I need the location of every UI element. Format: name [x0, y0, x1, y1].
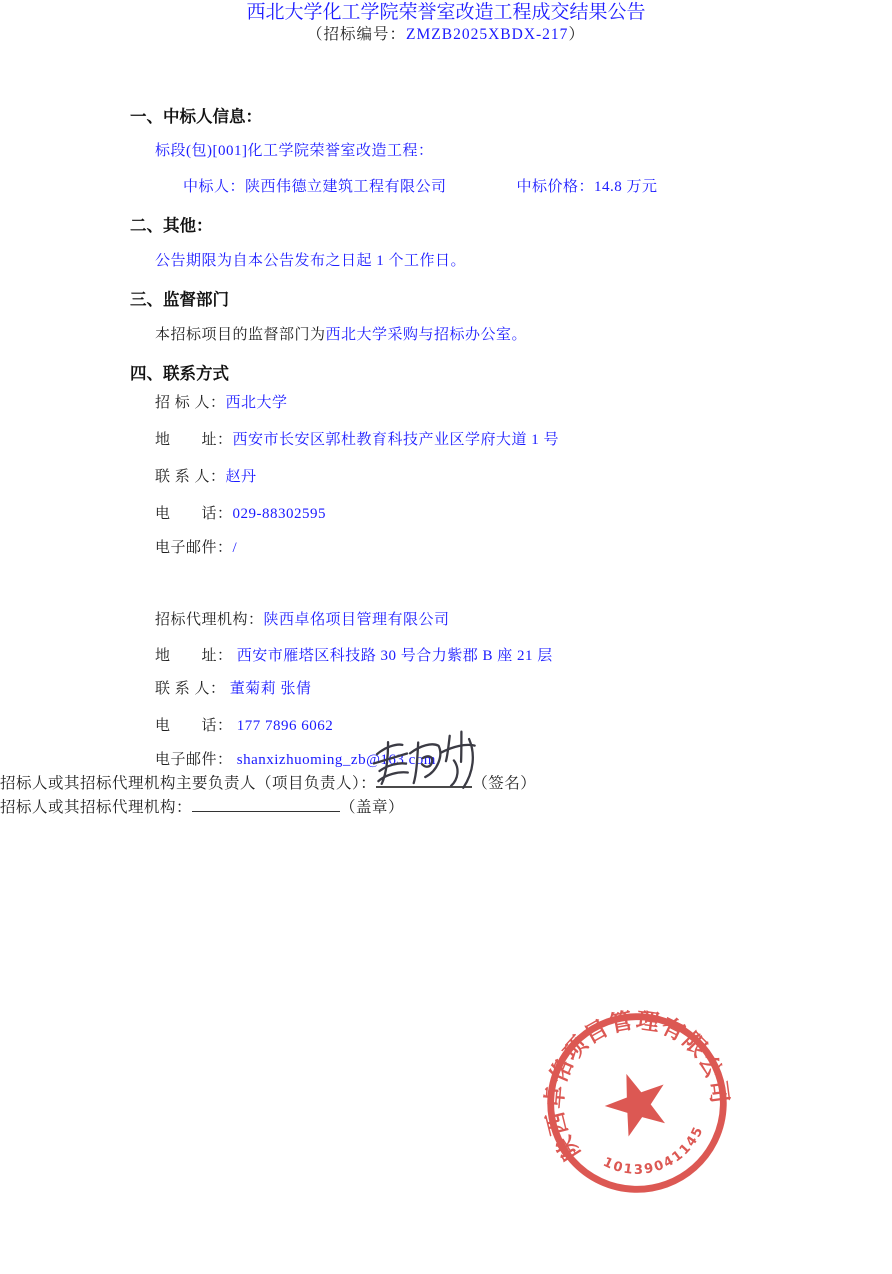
tenderer-email: /: [233, 540, 238, 556]
price-value: 14.8 万元: [594, 179, 658, 195]
tenderer-email-label: 电子邮件：: [155, 540, 233, 556]
tenderer-contact-row: 联 系 人：赵丹: [155, 468, 892, 487]
winner-label: 中标人：: [183, 179, 245, 195]
section-3-heading: 三、监督部门: [130, 289, 892, 310]
tender-number-line: （招标编号：ZMZB2025XBDX-217）: [0, 25, 892, 45]
org-seal-line: 招标人或其招标代理机构：（盖章）: [0, 795, 892, 819]
tenderer-name-row: 招 标 人：西北大学: [155, 394, 892, 413]
agency-phone: 177 7896 6062: [237, 718, 334, 734]
supervision-prefix: 本招标项目的监督部门为: [155, 327, 326, 343]
seal-icon: 陕西卓佲项目管理有限公司 6101390411450: [540, 1006, 734, 1200]
tenderer-name: 西北大学: [226, 395, 288, 411]
supervision-line: 本招标项目的监督部门为西北大学采购与招标办公室。: [155, 326, 892, 345]
winner-line: 中标人：陕西伟德立建筑工程有限公司中标价格：14.8 万元: [183, 178, 892, 197]
tenderer-contact: 赵丹: [226, 469, 257, 485]
section-1-heading: 一、中标人信息：: [130, 106, 892, 127]
agency-address-row: 地 址： 西安市雁塔区科技路 30 号合力紫郡 B 座 21 层: [155, 647, 892, 666]
agency-name-row: 招标代理机构：陕西卓佲项目管理有限公司: [155, 611, 892, 630]
document-page: 西北大学化工学院荣誉室改造工程成交结果公告 （招标编号：ZMZB2025XBDX…: [0, 0, 892, 1274]
tenderer-address-label: 地 址：: [155, 432, 233, 448]
agency-contact: 董菊莉 张倩: [230, 681, 312, 697]
tender-number-suffix: ）: [568, 26, 585, 43]
winner-name: 陕西伟德立建筑工程有限公司: [245, 179, 447, 195]
seal-suffix: （盖章）: [340, 799, 404, 816]
svg-text:陕西卓佲项目管理有限公司: 陕西卓佲项目管理有限公司: [540, 1006, 734, 1167]
company-seal-stamp: 陕西卓佲项目管理有限公司 6101390411450: [540, 1006, 734, 1200]
principal-signature-line: 招标人或其招标代理机构主要负责人（项目负责人）： （签名）: [0, 770, 892, 795]
agency-contact-row: 联 系 人： 董菊莉 张倩: [155, 680, 892, 699]
section-2-heading: 二、其他：: [130, 215, 892, 236]
tenderer-contact-label: 联 系 人：: [155, 469, 226, 485]
tenderer-name-label: 招 标 人：: [155, 395, 226, 411]
agency-email-label: 电子邮件：: [155, 752, 233, 768]
seal-underline: [192, 795, 340, 812]
supervision-department: 西北大学采购与招标办公室。: [326, 327, 528, 343]
agency-contact-label: 联 系 人：: [155, 681, 226, 697]
tenderer-phone-label: 电 话：: [155, 506, 233, 522]
announcement-period-line: 公告期限为自本公告发布之日起 1 个工作日。: [155, 252, 892, 271]
tenderer-email-row: 电子邮件：/: [155, 539, 892, 558]
agency-phone-label: 电 话：: [155, 718, 233, 734]
lot-line: 标段(包)[001]化工学院荣誉室改造工程：: [155, 142, 892, 161]
signature-underline: [376, 770, 472, 788]
section-4-heading: 四、联系方式: [130, 363, 892, 384]
seal-star-icon: [597, 1063, 676, 1140]
tender-number-prefix: （招标编号：: [307, 26, 406, 43]
tenderer-phone: 029-88302595: [233, 506, 327, 522]
page-title: 西北大学化工学院荣誉室改造工程成交结果公告: [0, 0, 892, 25]
org-label: 招标人或其招标代理机构：: [0, 799, 192, 816]
agency-address: 西安市雁塔区科技路 30 号合力紫郡 B 座 21 层: [237, 648, 553, 664]
handwritten-signature: [364, 725, 487, 801]
tenderer-phone-row: 电 话：029-88302595: [155, 505, 892, 524]
seal-company-text: 陕西卓佲项目管理有限公司: [540, 1006, 734, 1167]
price-label: 中标价格：: [517, 179, 595, 195]
principal-label: 招标人或其招标代理机构主要负责人（项目负责人）：: [0, 775, 376, 792]
agency-email-row: 电子邮件： shanxizhuoming_zb@163.com: [155, 751, 892, 770]
tender-number: ZMZB2025XBDX-217: [406, 26, 568, 43]
tenderer-address-row: 地 址：西安市长安区郭杜教育科技产业区学府大道 1 号: [155, 431, 892, 450]
agency-phone-row: 电 话： 177 7896 6062: [155, 717, 892, 736]
agency-address-label: 地 址：: [155, 648, 233, 664]
tenderer-address: 西安市长安区郭杜教育科技产业区学府大道 1 号: [233, 432, 560, 448]
agency-name: 陕西卓佲项目管理有限公司: [264, 612, 450, 628]
agency-name-label: 招标代理机构：: [155, 612, 264, 628]
